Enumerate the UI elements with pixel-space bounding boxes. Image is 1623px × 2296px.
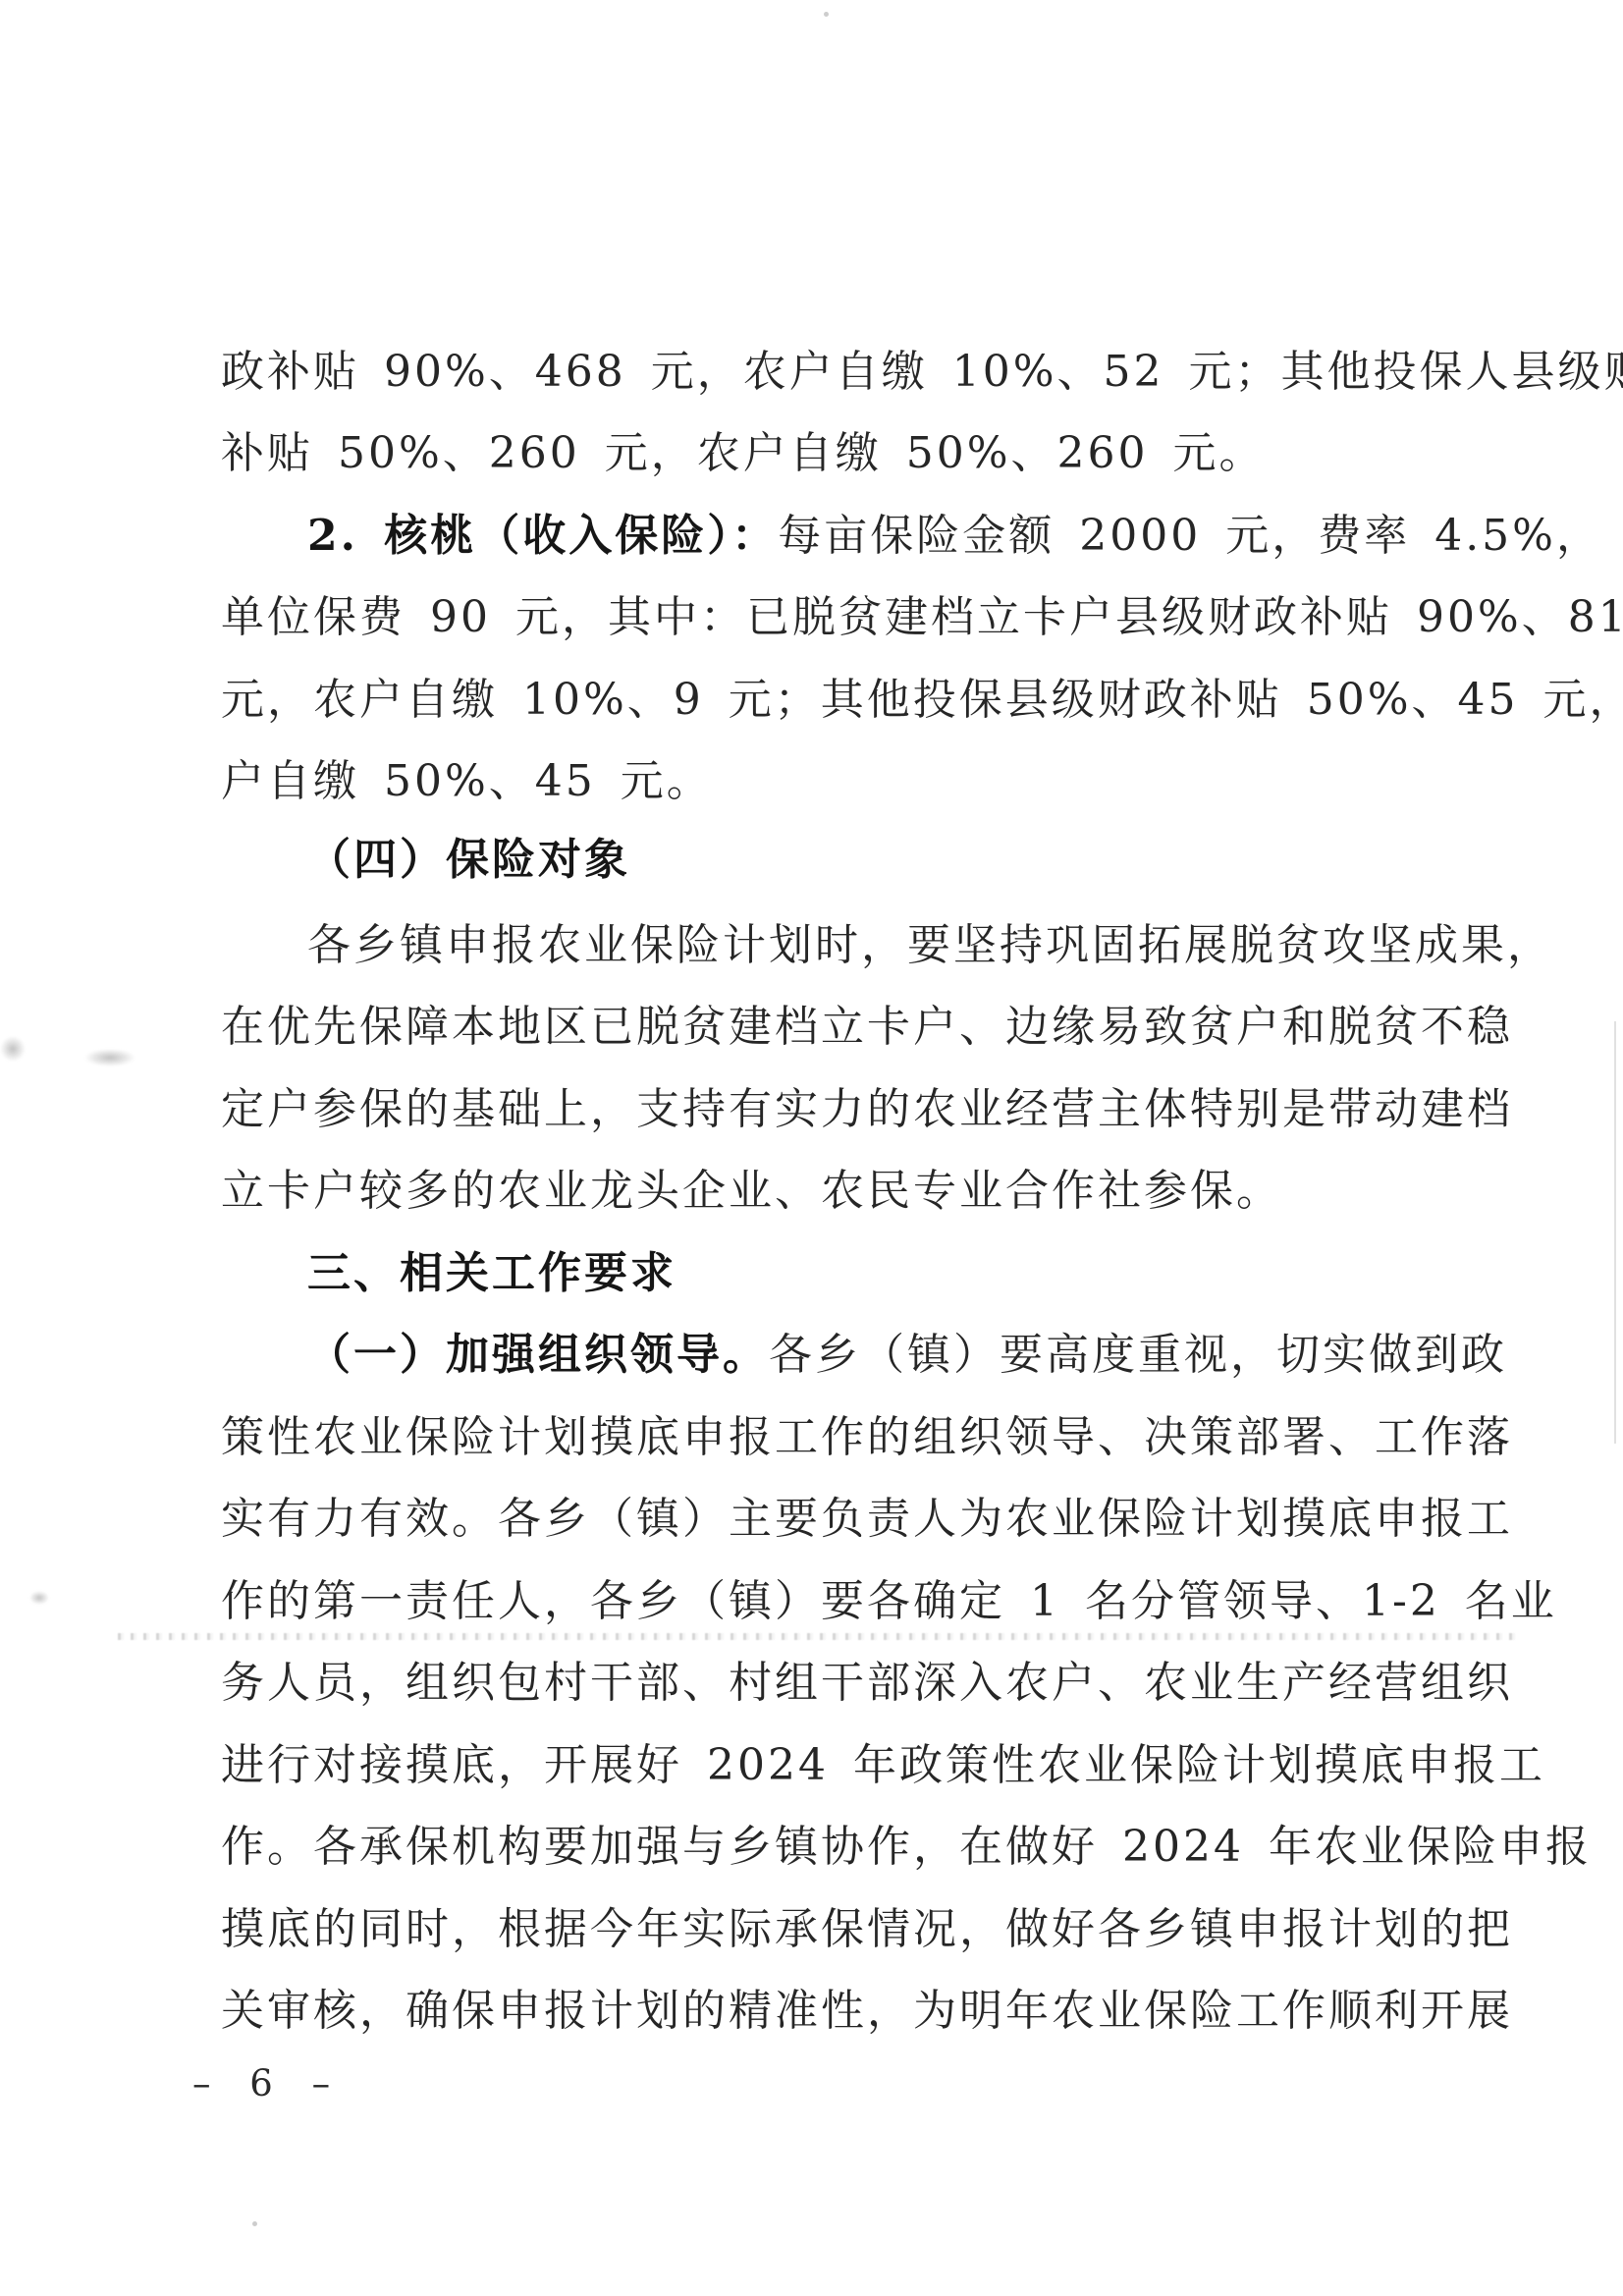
text-line: 策性农业保险计划摸底申报工作的组织领导、决策部署、工作落 [221, 1412, 1468, 1463]
line-text: 进行对接摸底，开展好 2024 年政策性农业保险计划摸底申报工 [221, 1740, 1545, 1790]
text-line: 关审核，确保申报计划的精准性，为明年农业保险工作顺利开展 [221, 1986, 1468, 2037]
line-text: 立卡户较多的农业龙头企业、农民专业合作社参保。 [221, 1166, 1282, 1216]
line-text: 作。各承保机构要加强与乡镇协作，在做好 2024 年农业保险申报 [221, 1822, 1592, 1872]
scan-artifact-smudge [0, 1036, 26, 1062]
text-line: （一）加强组织领导。各乡（镇）要高度重视，切实做到政 [221, 1330, 1468, 1381]
scan-artifact-speck [824, 12, 829, 17]
line-text: 元，农户自缴 10%、9 元；其他投保县级财政补贴 50%、45 元，农 [221, 675, 1623, 725]
line-text: 单位保费 90 元，其中：已脱贫建档立卡户县级财政补贴 90%、81 [221, 592, 1623, 642]
text-line: 各乡镇申报农业保险计划时，要坚持巩固拓展脱贫攻坚成果， [221, 920, 1468, 971]
line-text: 每亩保险金额 2000 元，费率 4.5%， [778, 511, 1602, 561]
line-text: 各乡（镇）要高度重视，切实做到政 [769, 1330, 1507, 1380]
line-text: 实有力有效。各乡（镇）主要负责人为农业保险计划摸底申报工 [221, 1494, 1513, 1544]
text-line: 单位保费 90 元，其中：已脱贫建档立卡户县级财政补贴 90%、81 [221, 592, 1468, 643]
text-line: 实有力有效。各乡（镇）主要负责人为农业保险计划摸底申报工 [221, 1494, 1468, 1545]
line-text: 策性农业保险计划摸底申报工作的组织领导、决策部署、工作落 [221, 1412, 1513, 1462]
scan-artifact-speck [252, 2221, 257, 2226]
text-line: 摸底的同时，根据今年实际承保情况，做好各乡镇申报计划的把 [221, 1904, 1468, 1955]
text-line: 2. 核桃（收入保险）：每亩保险金额 2000 元，费率 4.5%， [221, 511, 1468, 562]
line-text: 作的第一责任人，各乡（镇）要各确定 1 名分管领导、1-2 名业 [221, 1576, 1557, 1626]
line-text: 户自缴 50%、45 元。 [221, 756, 713, 806]
text-line: 作。各承保机构要加强与乡镇协作，在做好 2024 年农业保险申报 [221, 1822, 1468, 1873]
text-line: 户自缴 50%、45 元。 [221, 756, 1468, 807]
text-line: 进行对接摸底，开展好 2024 年政策性农业保险计划摸底申报工 [221, 1740, 1468, 1791]
line-text: 各乡镇申报农业保险计划时，要坚持巩固拓展脱贫攻坚成果， [307, 920, 1553, 970]
line-text: 摸底的同时，根据今年实际承保情况，做好各乡镇申报计划的把 [221, 1904, 1513, 1954]
line-text: 补贴 50%、260 元，农户自缴 50%、260 元。 [221, 428, 1266, 478]
line-text: 定户参保的基础上，支持有实力的农业经营主体特别是带动建档 [221, 1084, 1513, 1134]
section-heading: 三、相关工作要求 [221, 1248, 1468, 1299]
line-bold-text: 2. 核桃（收入保险）： [307, 511, 778, 561]
text-line: 补贴 50%、260 元，农户自缴 50%、260 元。 [221, 428, 1468, 479]
scan-artifact-smudge [84, 1049, 135, 1066]
line-bold-text: 三、相关工作要求 [307, 1248, 676, 1298]
text-line: 定户参保的基础上，支持有实力的农业经营主体特别是带动建档 [221, 1084, 1468, 1135]
text-line: 立卡户较多的农业龙头企业、农民专业合作社参保。 [221, 1166, 1468, 1217]
page-number: – 6 – [192, 2062, 336, 2105]
line-text: 关审核，确保申报计划的精准性，为明年农业保险工作顺利开展 [221, 1986, 1513, 2036]
text-line: 作的第一责任人，各乡（镇）要各确定 1 名分管领导、1-2 名业 [221, 1576, 1468, 1627]
line-bold-text: （四）保险对象 [307, 835, 630, 885]
line-bold-text: （一）加强组织领导。 [307, 1330, 769, 1380]
scan-artifact-smudge [29, 1591, 49, 1605]
scan-artifact-noise-band [118, 1633, 1522, 1640]
section-heading: （四）保险对象 [221, 835, 1468, 886]
line-text: 在优先保障本地区已脱贫建档立卡户、边缘易致贫户和脱贫不稳 [221, 1002, 1513, 1052]
text-line: 在优先保障本地区已脱贫建档立卡户、边缘易致贫户和脱贫不稳 [221, 1002, 1468, 1053]
text-line: 务人员，组织包村干部、村组干部深入农户、农业生产经营组织 [221, 1658, 1468, 1709]
line-text: 政补贴 90%、468 元，农户自缴 10%、52 元；其他投保人县级财政 [221, 347, 1623, 397]
document-page: 政补贴 90%、468 元，农户自缴 10%、52 元；其他投保人县级财政 补贴… [0, 0, 1623, 2296]
scan-artifact-vertical-line [1614, 1021, 1616, 1444]
text-line: 元，农户自缴 10%、9 元；其他投保县级财政补贴 50%、45 元，农 [221, 675, 1468, 726]
line-text: 务人员，组织包村干部、村组干部深入农户、农业生产经营组织 [221, 1658, 1513, 1708]
text-line: 政补贴 90%、468 元，农户自缴 10%、52 元；其他投保人县级财政 [221, 347, 1468, 398]
